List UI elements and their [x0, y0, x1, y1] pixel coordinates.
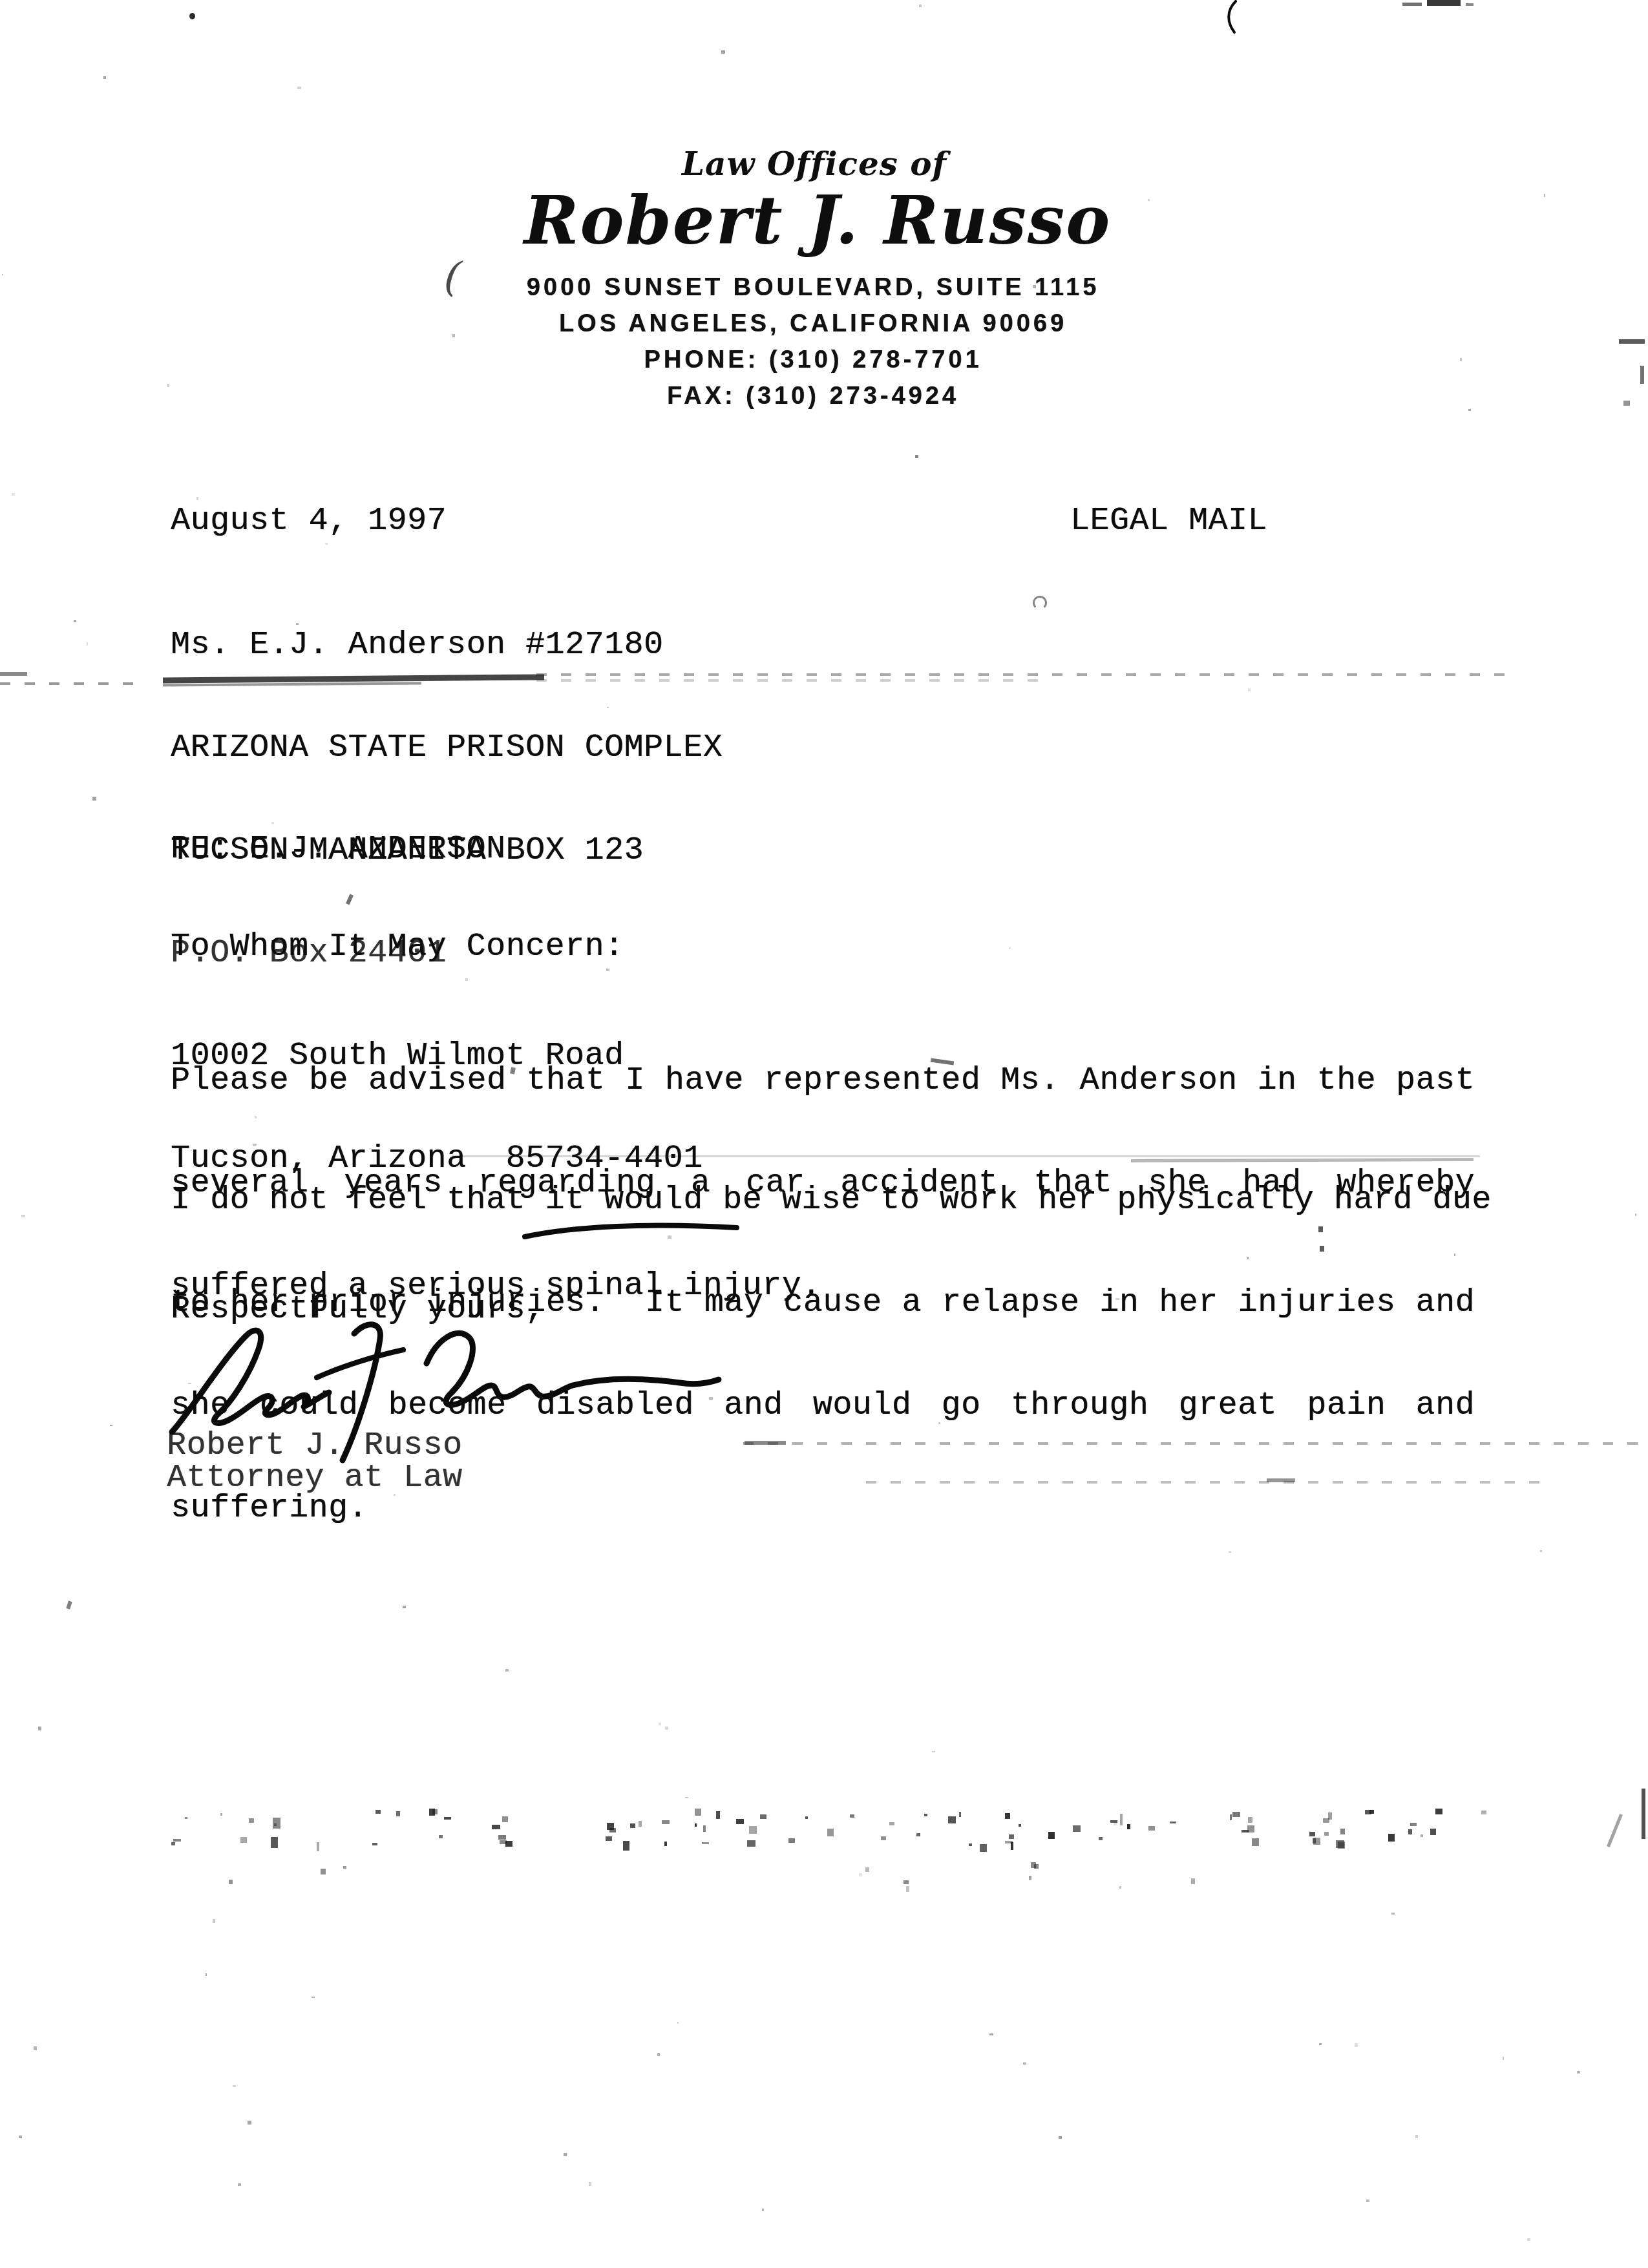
- scan-artifact-line: [1131, 1158, 1474, 1162]
- scan-noise-speck: [1336, 1840, 1344, 1848]
- scan-noise-speck: [375, 1810, 381, 1814]
- scan-stray-curve: [1224, 0, 1240, 34]
- scan-noise-speck: [19, 2136, 22, 2138]
- scan-noise-speck: [429, 1809, 435, 1815]
- scan-noise-speck: [903, 1880, 909, 1884]
- scan-noise-speck: [1114, 1823, 1117, 1825]
- scan-noise-speck: [1229, 1551, 1231, 1553]
- scan-noise-speck: [1019, 1824, 1020, 1827]
- scan-noise-speck: [173, 1839, 181, 1841]
- scan-noise-speck: [240, 1837, 247, 1843]
- scan-noise-speck: [1120, 1814, 1123, 1825]
- scan-noise-speck: [664, 1842, 667, 1846]
- scan-speck: [915, 455, 918, 458]
- scan-speck: [1623, 401, 1630, 406]
- scan-noise-speck: [1324, 1832, 1329, 1836]
- scan-speck: [1320, 1246, 1324, 1252]
- scan-noise-speck: [12, 493, 14, 496]
- scan-noise-speck: [372, 1843, 377, 1845]
- scan-noise-speck: [343, 1866, 347, 1869]
- scan-noise-speck: [1481, 1811, 1486, 1814]
- scan-noise-speck: [747, 1840, 755, 1847]
- scan-dash: [0, 672, 27, 676]
- scan-noise-speck: [321, 1869, 326, 1874]
- scan-noise-speck: [1388, 1834, 1394, 1842]
- scan-noise-speck: [859, 1873, 862, 1876]
- scan-noise-speck: [948, 1816, 956, 1823]
- scan-dash: [1402, 3, 1422, 6]
- scan-speck: [510, 1067, 516, 1074]
- scan-noise-speck: [1009, 1834, 1014, 1839]
- scan-noise-speck: [657, 2053, 660, 2056]
- scan-dash: [1619, 339, 1645, 344]
- scan-noise-speck: [465, 978, 467, 981]
- scan-noise-speck: [312, 1997, 315, 1998]
- scan-noise-speck: [1170, 1822, 1177, 1823]
- scan-noise-speck: [889, 1822, 894, 1825]
- scan-noise-speck: [1313, 1838, 1316, 1843]
- scan-dash: [1427, 0, 1461, 6]
- scan-noise-speck: [171, 1842, 175, 1845]
- scanned-letter-page: Law Offices of Robert J. Russo 9000 SUNS…: [0, 0, 1648, 2268]
- scan-noise-speck: [630, 1823, 635, 1828]
- scan-noise-speck: [1460, 358, 1462, 361]
- scan-dash: [931, 1058, 954, 1066]
- scan-noise-speck: [589, 2182, 592, 2186]
- scan-speck: [66, 1601, 72, 1609]
- scan-noise-speck: [695, 1809, 701, 1816]
- scan-noise-speck: [1503, 2057, 1504, 2060]
- scan-noise-speck: [394, 1494, 396, 1496]
- scan-noise-speck: [1009, 947, 1011, 949]
- scan-noise-speck: [969, 1843, 972, 1846]
- scan-noise-speck: [452, 334, 455, 337]
- scan-noise-speck: [1148, 1826, 1155, 1831]
- scan-noise-speck: [2, 274, 3, 275]
- scan-tick: [1642, 1789, 1645, 1839]
- scan-noise-speck: [916, 1833, 920, 1836]
- scan-noise-speck: [827, 1829, 834, 1836]
- scan-noise-speck: [444, 1817, 451, 1820]
- scan-noise-speck: [1408, 1829, 1412, 1834]
- scan-noise-speck: [273, 1818, 280, 1829]
- scan-noise-speck: [1468, 409, 1471, 412]
- scan-noise-speck: [989, 2033, 993, 2035]
- scan-noise-speck: [1031, 1862, 1035, 1868]
- scan-noise-speck: [1029, 1876, 1031, 1880]
- scan-dash: [745, 1441, 786, 1445]
- scan-noise-speck: [255, 1116, 257, 1118]
- scan-noise-speck: [1005, 1813, 1010, 1818]
- scan-noise-speck: [623, 1841, 629, 1851]
- scan-noise-speck: [87, 642, 88, 646]
- scan-noise-speck: [1328, 1812, 1332, 1820]
- scan-squiggle: [1033, 596, 1047, 610]
- scan-noise-speck: [1248, 688, 1251, 691]
- scan-noise-speck: [38, 1727, 41, 1730]
- scan-noise-speck: [196, 497, 198, 500]
- scan-noise-speck: [1544, 194, 1545, 197]
- scan-noise-speck: [492, 1825, 500, 1829]
- scan-artifact-line: [866, 1481, 1545, 1484]
- scan-noise-speck: [21, 1215, 25, 1217]
- scan-noise-speck: [1430, 1829, 1436, 1835]
- scan-noise-speck: [1127, 1824, 1130, 1829]
- scan-artifact-line: [452, 1155, 1480, 1157]
- scan-noise-speck: [1454, 1254, 1456, 1256]
- scan-noise-speck: [919, 5, 922, 7]
- scan-noise-speck: [1527, 2238, 1530, 2242]
- scan-noise-speck: [607, 707, 609, 708]
- scan-noise-speck: [439, 1835, 443, 1838]
- scan-noise-speck: [1366, 2200, 1369, 2202]
- scan-noise-speck: [1119, 1886, 1121, 1889]
- scan-noise-speck: [716, 1811, 719, 1818]
- scan-noise-speck: [1148, 199, 1150, 200]
- scan-noise-speck: [213, 1919, 216, 1924]
- scan-noise-speck: [924, 1814, 927, 1816]
- scan-dash: [1267, 1478, 1295, 1482]
- scan-noise-speck: [881, 1836, 886, 1840]
- scan-noise-speck: [238, 2183, 240, 2185]
- scan-noise-speck: [607, 1823, 614, 1830]
- scan-noise-speck: [665, 1727, 668, 1730]
- scan-noise-speck: [505, 1669, 509, 1672]
- scan-noise-speck: [233, 2085, 236, 2087]
- scan-noise-speck: [1365, 1810, 1371, 1814]
- scan-artifact-line: [536, 673, 1506, 676]
- scan-noise-speck: [1230, 1814, 1232, 1821]
- scan-noise-speck: [74, 620, 77, 622]
- scan-noise-speck: [932, 1751, 935, 1752]
- scan-noise-speck: [1410, 1823, 1417, 1826]
- scan-noise-speck: [248, 2121, 251, 2125]
- scan-noise-speck: [606, 969, 609, 971]
- scan-noise-speck: [788, 1838, 795, 1843]
- scan-artifact-line: [536, 679, 1041, 682]
- scan-noise-speck: [662, 1820, 669, 1824]
- scan-noise-speck: [1391, 1913, 1395, 1915]
- scan-noise-speck: [702, 1842, 709, 1844]
- scan-noise-speck: [1540, 1550, 1542, 1553]
- scan-noise-speck: [980, 1844, 987, 1852]
- scan-speck: [1318, 1226, 1323, 1232]
- scan-noise-speck: [1247, 1825, 1254, 1832]
- scan-noise-speck: [938, 1422, 940, 1423]
- scan-noise-speck: [1048, 1832, 1055, 1839]
- scan-tick: [1640, 366, 1644, 384]
- scan-noise-speck: [606, 1836, 613, 1842]
- scan-noise-speck: [271, 822, 273, 824]
- scan-noise-speck: [749, 1826, 757, 1834]
- scan-artifact-layer: (: [0, 0, 1648, 2268]
- scan-paren-mark: (: [442, 253, 463, 302]
- scan-speck: [189, 13, 195, 19]
- scan-noise-speck: [297, 87, 301, 89]
- scan-noise-speck: [805, 1816, 808, 1818]
- scan-noise-speck: [403, 1606, 406, 1609]
- scan-noise-speck: [1415, 2135, 1418, 2138]
- scan-noise-speck: [317, 1842, 319, 1851]
- scan-artifact-line: [743, 1442, 1645, 1445]
- scan-noise-speck: [296, 623, 299, 625]
- scan-noise-speck: [1033, 285, 1037, 288]
- scan-noise-speck: [1435, 1809, 1442, 1814]
- scan-noise-speck: [206, 1973, 207, 1976]
- scan-noise-speck: [1099, 1837, 1103, 1840]
- scan-noise-speck: [1059, 2136, 1062, 2139]
- scan-noise-speck: [762, 2209, 765, 2211]
- scan-noise-speck: [668, 1235, 671, 1239]
- scan-noise-speck: [167, 384, 169, 387]
- scan-noise-speck: [1421, 1834, 1424, 1837]
- scan-noise-speck: [703, 1825, 706, 1832]
- scan-noise-speck: [1577, 2071, 1580, 2074]
- scan-noise-speck: [188, 1383, 191, 1384]
- scan-noise-speck: [498, 1835, 506, 1840]
- scan-noise-speck: [659, 1723, 660, 1725]
- scan-noise-speck: [685, 1797, 688, 1798]
- scan-noise-speck: [1635, 1213, 1637, 1216]
- scan-noise-speck: [1355, 2043, 1358, 2047]
- scan-noise-speck: [564, 2153, 567, 2156]
- scan-noise-speck: [505, 1841, 513, 1847]
- scan-noise-speck: [325, 543, 328, 545]
- scan-noise-speck: [1073, 1825, 1081, 1832]
- scan-noise-speck: [1247, 1257, 1249, 1259]
- scan-noise-speck: [229, 1880, 233, 1884]
- scan-noise-speck: [34, 2046, 37, 2050]
- scan-noise-speck: [1309, 1832, 1315, 1837]
- scan-noise-speck: [110, 1425, 112, 1427]
- scan-noise-speck: [709, 1397, 713, 1401]
- scan-noise-speck: [1252, 1838, 1259, 1846]
- scan-artifact-line: [0, 682, 139, 685]
- scan-noise-speck: [736, 1819, 744, 1824]
- scan-noise-speck: [220, 1813, 223, 1816]
- scan-noise-speck: [271, 1837, 278, 1849]
- scan-speck: [103, 76, 106, 79]
- pen-underline: [521, 1220, 741, 1241]
- scan-noise-speck: [185, 1817, 187, 1819]
- scan-noise-speck: [396, 1811, 400, 1817]
- scan-noise-speck: [249, 1818, 255, 1823]
- scan-noise-speck: [1319, 2043, 1321, 2045]
- scan-noise-speck: [1115, 1298, 1119, 1299]
- scan-noise-speck: [865, 1867, 869, 1873]
- scan-noise-speck: [850, 1814, 854, 1818]
- scan-noise-speck: [639, 1821, 642, 1827]
- scan-noise-speck: [1248, 1817, 1252, 1823]
- scan-noise-speck: [1023, 2063, 1026, 2065]
- scan-dash: [1466, 3, 1474, 6]
- scan-tick: [1607, 1814, 1623, 1847]
- scan-noise-speck: [959, 1812, 961, 1818]
- scan-noise-speck: [1232, 1812, 1240, 1817]
- scan-noise-speck: [721, 50, 724, 54]
- scan-speck: [92, 797, 96, 801]
- scan-speck: [346, 894, 354, 905]
- scan-noise-speck: [1005, 1841, 1013, 1844]
- scan-noise-speck: [677, 2022, 679, 2023]
- scan-noise-speck: [1340, 1829, 1345, 1834]
- scan-noise-speck: [502, 1816, 508, 1822]
- scan-noise-speck: [760, 1814, 766, 1820]
- scan-noise-speck: [695, 1823, 697, 1827]
- scan-noise-speck: [1191, 1878, 1195, 1884]
- scan-noise-speck: [906, 1886, 909, 1892]
- scan-noise-speck: [253, 1144, 257, 1146]
